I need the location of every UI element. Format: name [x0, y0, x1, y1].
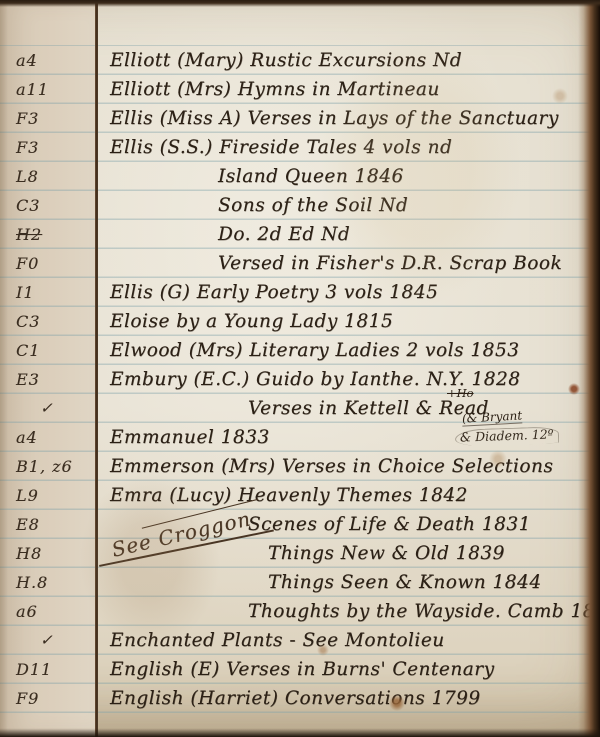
ledger-row: a4 Elliott (Mary) Rustic Excursions Nd — [0, 46, 585, 75]
ledger-row: F9 English (Harriet) Conversations 1799 — [0, 684, 585, 713]
entry-text: Elliott (Mary) Rustic Excursions Nd — [110, 46, 462, 75]
entry-text: Sons of the Soil Nd — [218, 191, 408, 220]
ledger-row: H8 Things New & Old 1839 — [0, 539, 585, 568]
ledger-row: C1 Elwood (Mrs) Literary Ladies 2 vols 1… — [0, 336, 585, 365]
shelf-code: ✓ — [16, 394, 118, 423]
ledger-row: E8 Scenes of Life & Death 1831 — [0, 510, 585, 539]
ledger-row: C3 Sons of the Soil Nd — [0, 191, 585, 220]
shelf-code: H8 — [16, 539, 94, 568]
ledger-row: F0 Versed in Fisher's D.R. Scrap Book — [0, 249, 585, 278]
shelf-code: F3 — [16, 104, 94, 133]
shelf-code: F9 — [16, 684, 94, 713]
entry-text: Do. 2d Ed Nd — [218, 220, 350, 249]
shelf-code: C3 — [16, 191, 94, 220]
entry-text: Eloise by a Young Lady 1815 — [110, 307, 393, 336]
page-edge-right — [578, 0, 600, 737]
ledger-row: C3 Eloise by a Young Lady 1815 — [0, 307, 585, 336]
entry-text: Elwood (Mrs) Literary Ladies 2 vols 1853 — [110, 336, 520, 365]
side-annotation: & Diadem. 12º — [455, 426, 559, 447]
ledger-row: a4 Emmanuel 1833 & Diadem. 12º — [0, 423, 585, 452]
ledger-row: H.8 Things Seen & Known 1844 — [0, 568, 585, 597]
shelf-code: a6 — [16, 597, 94, 626]
ledger-row: F3 Ellis (Miss A) Verses in Lays of the … — [0, 104, 585, 133]
entry-text: English (Harriet) Conversations 1799 — [110, 684, 481, 713]
ledger-row: B1, z6 Emmerson (Mrs) Verses in Choice S… — [0, 452, 585, 481]
entry-text: Things Seen & Known 1844 — [268, 568, 542, 597]
ledger-row: E3 Embury (E.C.) Guido by Ianthe. N.Y. 1… — [0, 365, 585, 394]
ledger-row: L8 Island Queen 1846 — [0, 162, 585, 191]
page-edge-top — [0, 0, 600, 7]
shelf-code: E8 — [16, 510, 94, 539]
ledger-row: a11 Elliott (Mrs) Hymns in Martineau — [0, 75, 585, 104]
entry-text: Scenes of Life & Death 1831 — [248, 510, 531, 539]
ledger-page: a4 Elliott (Mary) Rustic Excursions Nd a… — [0, 0, 600, 737]
entry-text: Emmanuel 1833 — [110, 423, 270, 452]
shelf-code: a11 — [16, 75, 94, 104]
entry-text: Enchanted Plants - See Montolieu — [110, 626, 445, 655]
entry-text: Emmerson (Mrs) Verses in Choice Selectio… — [110, 452, 553, 481]
shelf-code: B1, z6 — [16, 452, 94, 481]
entry-text: Ellis (S.S.) Fireside Tales 4 vols nd — [110, 133, 452, 162]
entry-text: Emra (Lucy) Heavenly Themes 1842 — [110, 481, 468, 510]
shelf-code: ✓ — [16, 626, 118, 655]
shelf-code: C3 — [16, 307, 94, 336]
shelf-code: a4 — [16, 423, 94, 452]
struck-annotation: +Ho — [447, 387, 474, 399]
shelf-code: H2 — [16, 220, 94, 249]
entry-text: Elliott (Mrs) Hymns in Martineau — [110, 75, 440, 104]
shelf-code: C1 — [16, 336, 94, 365]
entry-text: Island Queen 1846 — [218, 162, 404, 191]
rows: a4 Elliott (Mary) Rustic Excursions Nd a… — [0, 46, 585, 713]
shelf-code: F3 — [16, 133, 94, 162]
shelf-code: L8 — [16, 162, 94, 191]
entry-text: Thoughts by the Wayside. Camb 1836 — [248, 597, 600, 626]
entry-text: Versed in Fisher's D.R. Scrap Book — [218, 249, 562, 278]
shelf-code: H.8 — [16, 568, 94, 597]
ledger-row: ✓ Enchanted Plants - See Montolieu — [0, 626, 585, 655]
shelf-code: E3 — [16, 365, 94, 394]
entry-text: Ellis (G) Early Poetry 3 vols 1845 — [110, 278, 438, 307]
shelf-code: D11 — [16, 655, 94, 684]
shelf-code: L9 — [16, 481, 94, 510]
ledger-row: H2 Do. 2d Ed Nd — [0, 220, 585, 249]
ledger-row: ✓ Verses in Kettell & Read +Ho(& Bryant — [0, 394, 585, 423]
entry-text: Things New & Old 1839 — [268, 539, 505, 568]
entry-text: Ellis (Miss A) Verses in Lays of the San… — [110, 104, 559, 133]
page-edge-left — [0, 0, 8, 737]
shelf-code: a4 — [16, 46, 94, 75]
ledger-row: D11 English (E) Verses in Burns' Centena… — [0, 655, 585, 684]
ledger-row: a6 Thoughts by the Wayside. Camb 1836 — [0, 597, 585, 626]
page-edge-bottom — [0, 728, 600, 737]
ledger-row: L9 Emra (Lucy) Heavenly Themes 1842 — [0, 481, 585, 510]
ledger-row: F3 Ellis (S.S.) Fireside Tales 4 vols nd — [0, 133, 585, 162]
entry-text: English (E) Verses in Burns' Centenary — [110, 655, 495, 684]
shelf-code: I1 — [16, 278, 94, 307]
shelf-code: F0 — [16, 249, 94, 278]
ledger-row: I1 Ellis (G) Early Poetry 3 vols 1845 — [0, 278, 585, 307]
